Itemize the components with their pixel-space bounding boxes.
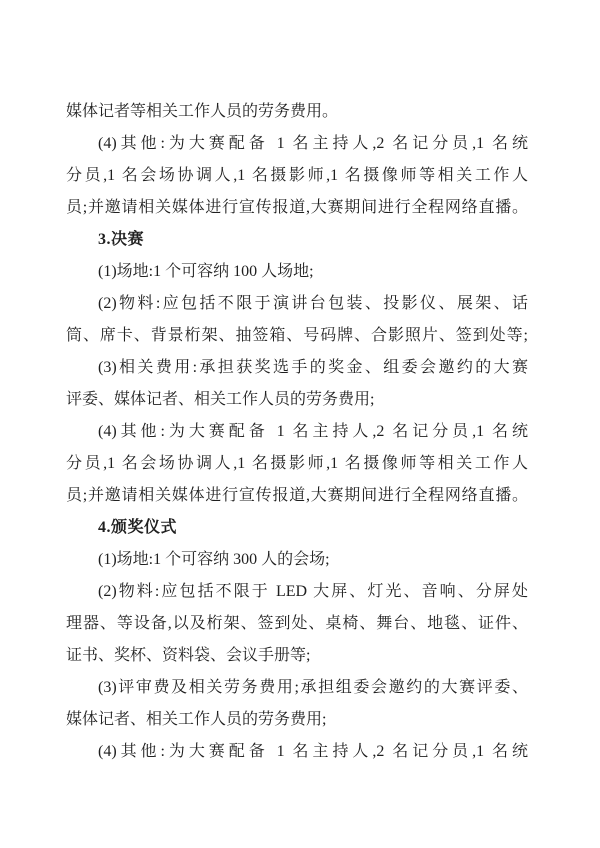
document-line: (4)其他:为大赛配备 1 名主持人,2 名记分员,1 名统 (66, 416, 528, 448)
document-line: (2)物料:应包括不限于演讲台包装、投影仪、展架、话 (66, 288, 528, 320)
document-line: 媒体记者等相关工作人员的劳务费用。 (66, 96, 528, 128)
document-line: 筒、席卡、背景桁架、抽签箱、号码牌、合影照片、签到处等; (66, 320, 528, 352)
document-line: 媒体记者、相关工作人员的劳务费用; (66, 704, 528, 736)
document-line: 员;并邀请相关媒体进行宣传报道,大赛期间进行全程网络直播。 (66, 480, 528, 512)
document-line: 证书、奖杯、资料袋、会议手册等; (66, 640, 528, 672)
document-line: (1)场地:1 个可容纳 300 人的会场; (66, 544, 528, 576)
document-line: (4)其他:为大赛配备 1 名主持人,2 名记分员,1 名统 (66, 128, 528, 160)
document-line: (1)场地:1 个可容纳 100 人场地; (66, 256, 528, 288)
section-heading-finals: 3.决赛 (66, 224, 528, 256)
document-line: (2)物料:应包括不限于 LED 大屏、灯光、音响、分屏处 (66, 576, 528, 608)
document-line: 评委、媒体记者、相关工作人员的劳务费用; (66, 384, 528, 416)
document-line: (3)相关费用:承担获奖选手的奖金、组委会邀约的大赛 (66, 352, 528, 384)
document-text-block: 媒体记者等相关工作人员的劳务费用。 (4)其他:为大赛配备 1 名主持人,2 名… (66, 96, 528, 768)
document-line: 分员,1 名会场协调人,1 名摄影师,1 名摄像师等相关工作人 (66, 448, 528, 480)
document-line: 员;并邀请相关媒体进行宣传报道,大赛期间进行全程网络直播。 (66, 192, 528, 224)
document-line: (4)其他:为大赛配备 1 名主持人,2 名记分员,1 名统 (66, 736, 528, 768)
section-heading-award-ceremony: 4.颁奖仪式 (66, 512, 528, 544)
document-line: (3)评审费及相关劳务费用;承担组委会邀约的大赛评委、 (66, 672, 528, 704)
document-line: 分员,1 名会场协调人,1 名摄影师,1 名摄像师等相关工作人 (66, 160, 528, 192)
document-line: 理器、等设备,以及桁架、签到处、桌椅、舞台、地毯、证件、 (66, 608, 528, 640)
document-page: 媒体记者等相关工作人员的劳务费用。 (4)其他:为大赛配备 1 名主持人,2 名… (0, 0, 600, 848)
